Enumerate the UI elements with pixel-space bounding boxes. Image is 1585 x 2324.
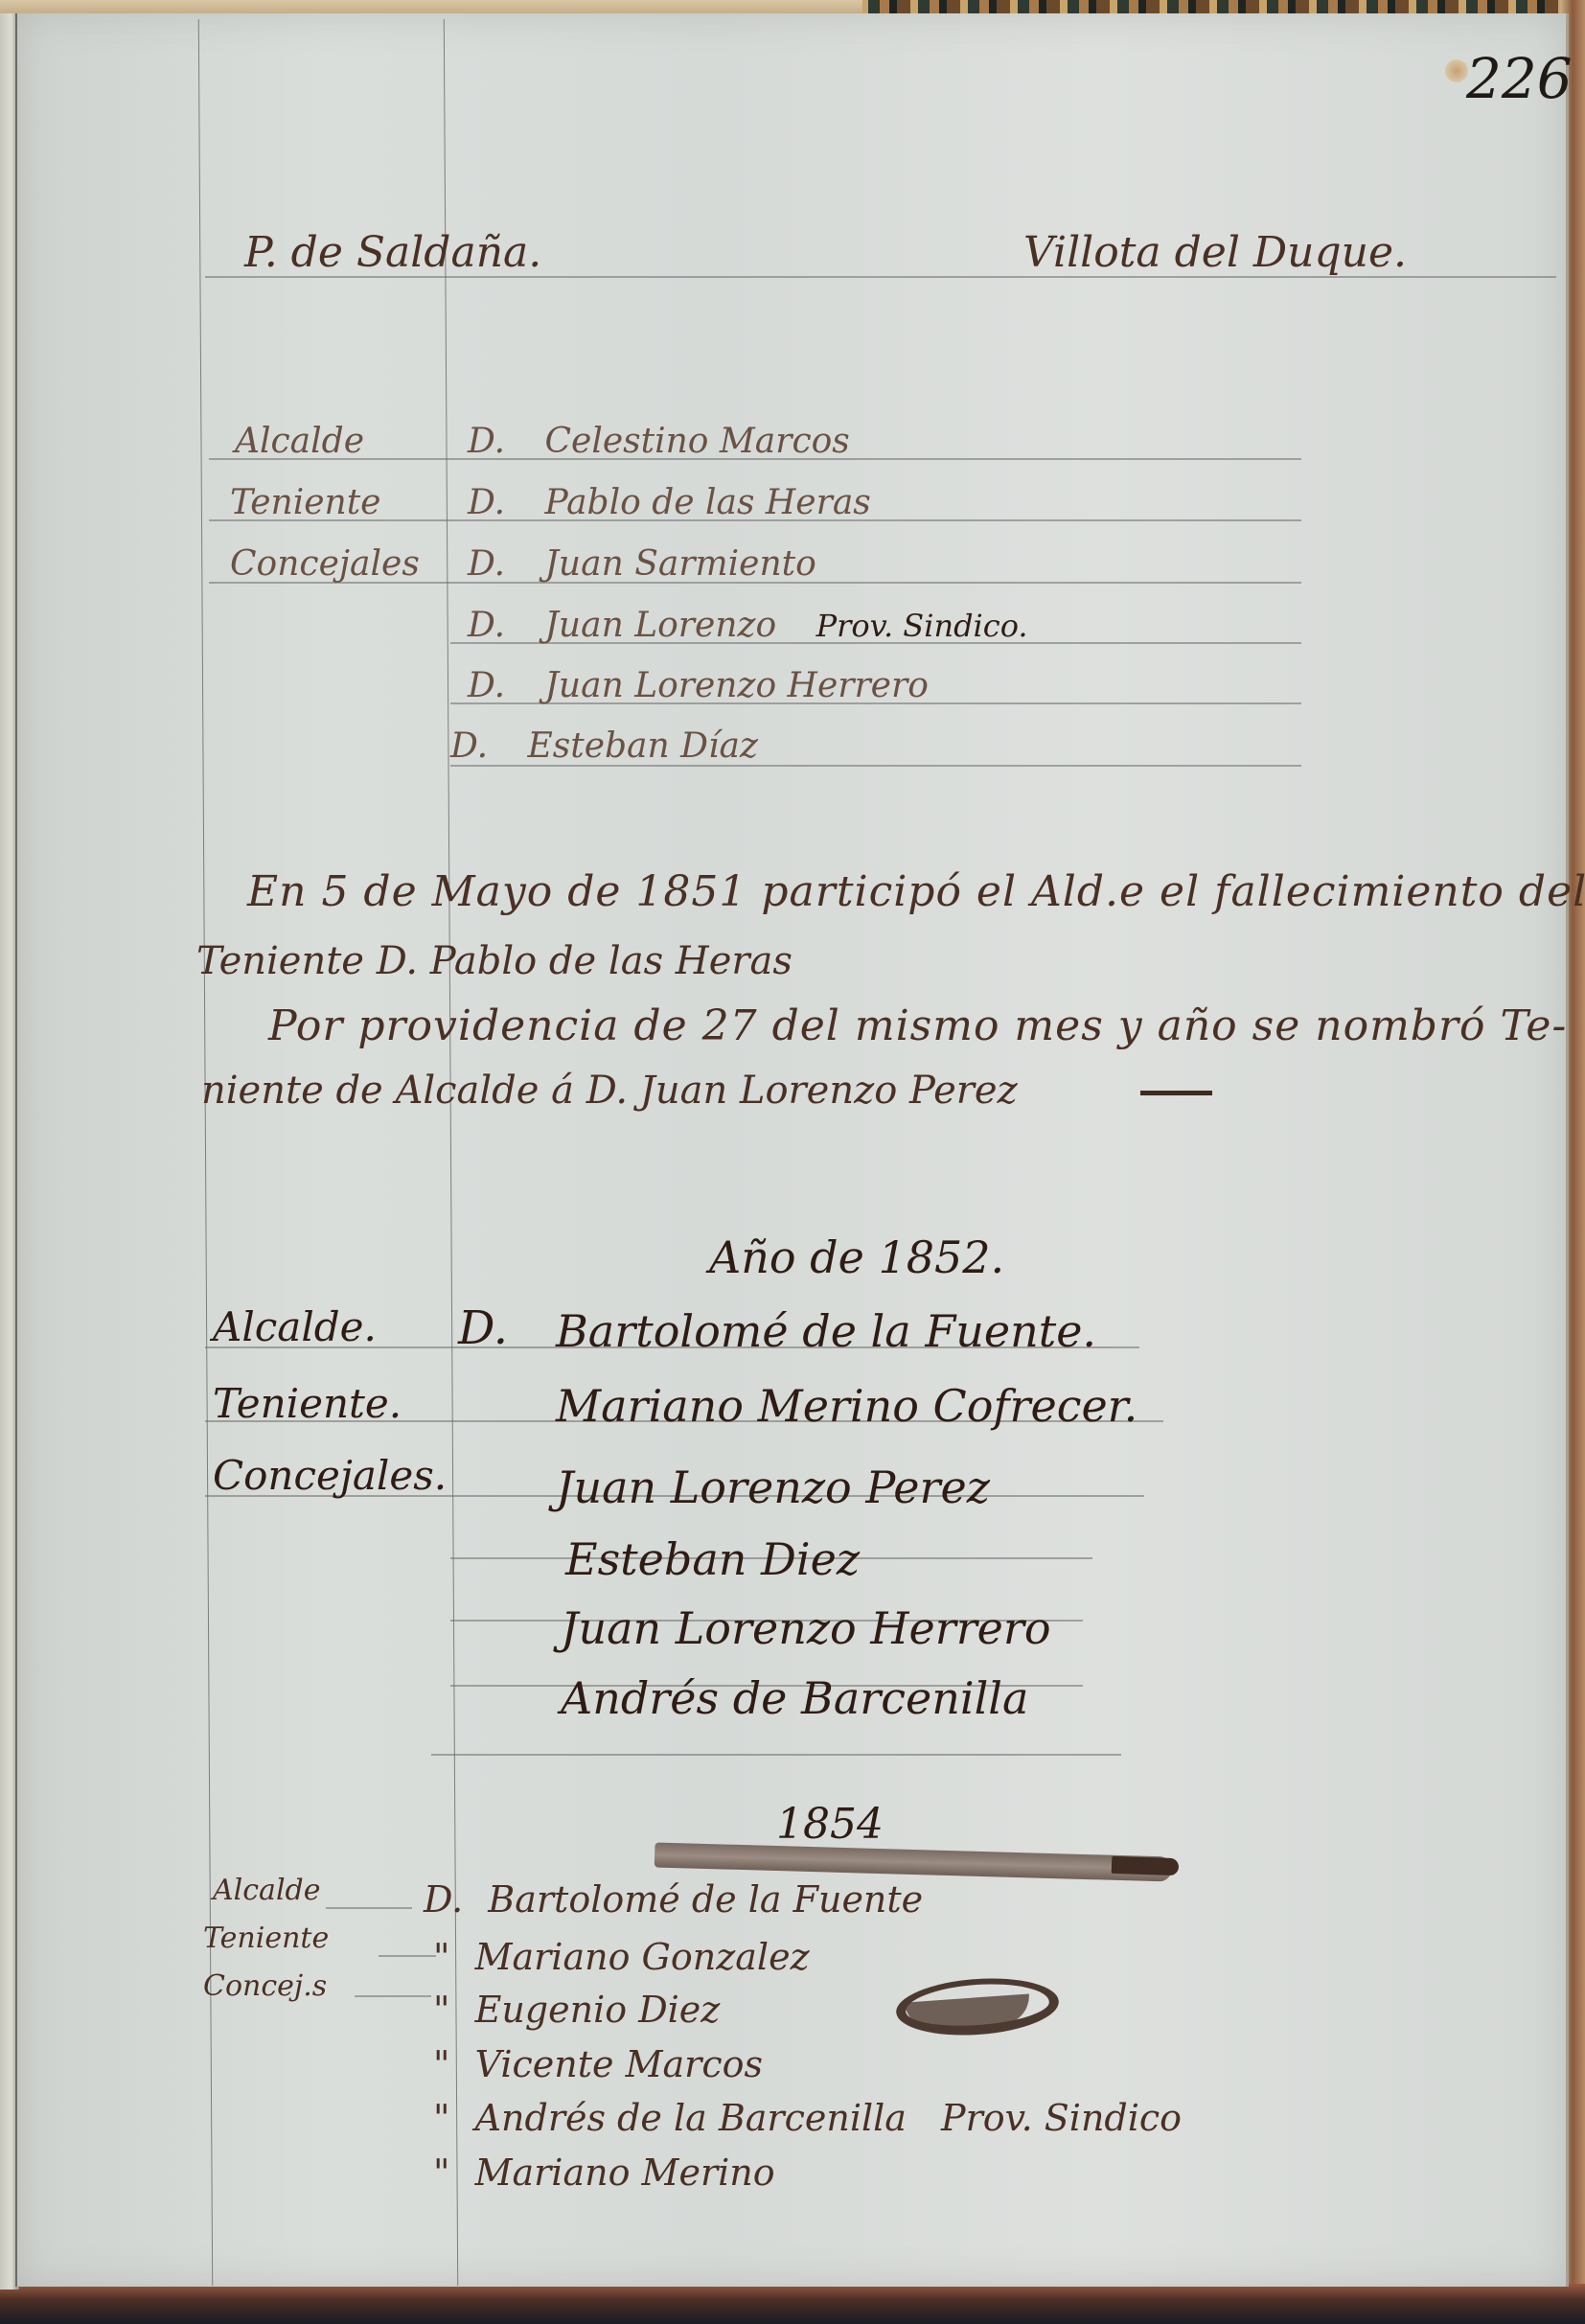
paragraph-line: En 5 de Mayo de 1851 participó el Ald.e … bbox=[247, 867, 1585, 916]
member-prefix: " bbox=[433, 2043, 449, 2085]
page-number: 226 bbox=[1466, 46, 1573, 111]
ink-flourish bbox=[1140, 1091, 1212, 1095]
label-alcalde-1852: Alcalde. bbox=[213, 1303, 377, 1350]
member-row: D. Esteban Díaz bbox=[450, 726, 758, 766]
member-prefix: D. bbox=[468, 606, 505, 645]
member-name: Juan Sarmiento bbox=[544, 544, 815, 584]
member-name: Bartolomé de la Fuente. bbox=[556, 1305, 1096, 1357]
member-name: Pablo de las Heras bbox=[544, 483, 870, 522]
stain-mark bbox=[1445, 59, 1468, 82]
paragraph-line: niente de Alcalde á D. Juan Lorenzo Pere… bbox=[201, 1069, 1018, 1113]
label-alcalde-1851: Alcalde bbox=[235, 422, 364, 461]
member-name: Vicente Marcos bbox=[475, 2043, 763, 2085]
member-name: Eugenio Diez bbox=[475, 1989, 721, 2031]
member-prefix: " bbox=[433, 1989, 449, 2031]
member-name: Mariano Merino Cofrecer. bbox=[556, 1380, 1137, 1432]
member-name: Mariano Gonzalez bbox=[475, 1936, 810, 1978]
member-name: Mariano Merino bbox=[475, 2151, 775, 2194]
member-prefix: D. bbox=[450, 726, 488, 766]
label-dash bbox=[326, 1907, 412, 1909]
member-row: " Andrés de la Barcenilla Prov. Sindico bbox=[433, 2097, 1182, 2139]
label-teniente-1851: Teniente bbox=[230, 483, 380, 522]
row-rule bbox=[431, 1754, 1121, 1756]
member-name: Juan Lorenzo Perez bbox=[556, 1461, 990, 1513]
member-row: D. Bartolomé de la Fuente bbox=[424, 1878, 923, 1921]
member-name: Juan Lorenzo bbox=[544, 606, 776, 645]
paragraph-line: Por providencia de 27 del mismo mes y añ… bbox=[268, 1001, 1567, 1050]
ink-smudge-tip bbox=[1112, 1856, 1180, 1875]
member-row: D. Celestino Marcos bbox=[468, 422, 850, 461]
paragraph-line: Teniente D. Pablo de las Heras bbox=[196, 939, 792, 983]
member-row: " Mariano Gonzalez bbox=[433, 1936, 810, 1978]
member-row: D. Pablo de las Heras bbox=[468, 483, 871, 522]
member-row: D. Juan Lorenzo Prov. Sindico. bbox=[468, 606, 1028, 645]
header-right: Villota del Duque. bbox=[1023, 228, 1407, 277]
member-row: " Eugenio Diez bbox=[433, 1989, 720, 2031]
member-row: " Mariano Merino bbox=[433, 2151, 775, 2194]
member-prefix: " bbox=[433, 2151, 449, 2194]
member-prefix: D. bbox=[458, 1301, 508, 1355]
section-title-1854: 1854 bbox=[776, 1800, 884, 1849]
member-note: Prov. Sindico. bbox=[816, 608, 1028, 644]
label-concejales-1852: Concejales. bbox=[213, 1452, 447, 1499]
member-name: Andrés de la Barcenilla bbox=[475, 2097, 907, 2139]
member-row: " Vicente Marcos bbox=[433, 2043, 763, 2085]
label-dash bbox=[379, 1955, 436, 1957]
member-name: Juan Lorenzo Herrero bbox=[544, 666, 928, 705]
member-name: Esteban Díaz bbox=[527, 726, 757, 766]
label-dash bbox=[355, 1995, 431, 1997]
member-note: Prov. Sindico bbox=[941, 2097, 1182, 2139]
member-prefix: " bbox=[433, 1936, 449, 1978]
label-teniente-1854: Teniente bbox=[203, 1921, 329, 1955]
section-title-1852: Año de 1852. bbox=[709, 1231, 1004, 1283]
member-prefix: D. bbox=[468, 544, 505, 584]
member-prefix: D. bbox=[424, 1878, 463, 1921]
member-row: D. Juan Lorenzo Herrero bbox=[468, 666, 929, 705]
label-alcalde-1854: Alcalde bbox=[213, 1874, 321, 1907]
member-name: Celestino Marcos bbox=[544, 422, 849, 461]
member-name: Esteban Diez bbox=[565, 1533, 860, 1585]
cover-edge-bottom bbox=[0, 2284, 1585, 2324]
member-name: Bartolomé de la Fuente bbox=[488, 1878, 923, 1921]
member-name: Andrés de Barcenilla bbox=[561, 1672, 1028, 1724]
label-concejales-1851: Concejales bbox=[230, 544, 420, 584]
member-name: Juan Lorenzo Herrero bbox=[561, 1602, 1051, 1654]
label-teniente-1852: Teniente. bbox=[213, 1380, 402, 1427]
member-row: D. Juan Sarmiento bbox=[468, 544, 816, 584]
member-prefix: D. bbox=[468, 483, 505, 522]
header-left: P. de Saldaña. bbox=[244, 228, 541, 277]
label-concejales-1854: Concej.s bbox=[203, 1969, 327, 2003]
member-prefix: " bbox=[433, 2097, 449, 2139]
member-prefix: D. bbox=[468, 666, 505, 705]
member-prefix: D. bbox=[468, 422, 505, 461]
